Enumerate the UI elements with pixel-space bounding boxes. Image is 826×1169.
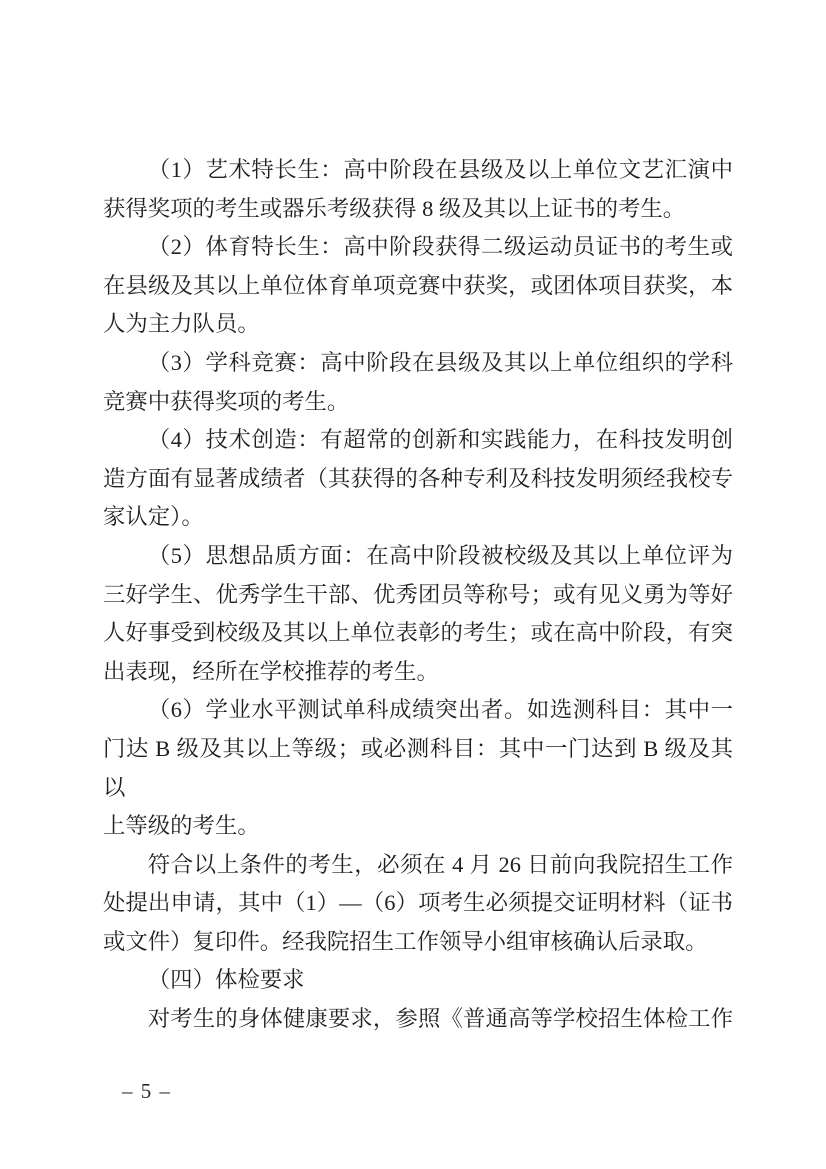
item-4-technical-invention: （4）技术创造：有超常的创新和实践能力，在科技发明创造方面有显著成绩者（其获得的…	[103, 421, 733, 537]
page-number: – 5 –	[122, 1077, 172, 1105]
physical-exam-intro: 对考生的身体健康要求，参照《普通高等学校招生体检工作	[103, 1000, 733, 1039]
item-6-academic-level-test: （6）学业水平测试单科成绩突出者。如选测科目：其中一门达 B 级及其以上等级；或…	[103, 691, 733, 845]
text-line: 出表现，经所在学校推荐的考生。	[103, 653, 733, 692]
document-body: （1）艺术特长生：高中阶段在县级及以上单位文艺汇演中获得奖项的考生或器乐考级获得…	[103, 151, 733, 1039]
item-5-moral-quality: （5）思想品质方面：在高中阶段被校级及其以上单位评为三好学生、优秀学生干部、优秀…	[103, 537, 733, 691]
section-4-physical-exam-heading: （四）体检要求	[103, 961, 733, 1000]
text-line: 获得奖项的考生或器乐考级获得 8 级及其以上证书的考生。	[103, 190, 733, 229]
text-line: （6）学业水平测试单科成绩突出者。如选测科目：其中一	[103, 691, 733, 730]
document-page-root: { "page": { "background": "#ffffff", "te…	[0, 0, 826, 1169]
text-line: 上等级的考生。	[103, 807, 733, 846]
text-line: 人好事受到校级及其以上单位表彰的考生；或在高中阶段，有突	[103, 614, 733, 653]
text-line: 人为主力队员。	[103, 305, 733, 344]
text-line: （5）思想品质方面：在高中阶段被校级及其以上单位评为	[103, 537, 733, 576]
text-line: 符合以上条件的考生，必须在 4 月 26 日前向我院招生工作	[103, 846, 733, 885]
item-3-subject-competition: （3）学科竞赛：高中阶段在县级及其以上单位组织的学科竞赛中获得奖项的考生。	[103, 344, 733, 421]
text-line: 对考生的身体健康要求，参照《普通高等学校招生体检工作	[103, 1000, 733, 1039]
text-line: 竞赛中获得奖项的考生。	[103, 383, 733, 422]
text-line: 家认定）。	[103, 498, 733, 537]
text-line: （2）体育特长生：高中阶段获得二级运动员证书的考生或	[103, 228, 733, 267]
text-line: 三好学生、优秀学生干部、优秀团员等称号；或有见义勇为等好	[103, 576, 733, 615]
text-line: （1）艺术特长生：高中阶段在县级及以上单位文艺汇演中	[103, 151, 733, 190]
text-line: 在县级及其以上单位体育单项竞赛中获奖，或团体项目获奖，本	[103, 267, 733, 306]
text-line: （4）技术创造：有超常的创新和实践能力，在科技发明创	[103, 421, 733, 460]
text-line: 或文件）复印件。经我院招生工作领导小组审核确认后录取。	[103, 923, 733, 962]
text-line: （3）学科竞赛：高中阶段在县级及其以上单位组织的学科	[103, 344, 733, 383]
page-background: （1）艺术特长生：高中阶段在县级及以上单位文艺汇演中获得奖项的考生或器乐考级获得…	[0, 0, 826, 1169]
item-2-sports-special-students: （2）体育特长生：高中阶段获得二级运动员证书的考生或在县级及其以上单位体育单项竞…	[103, 228, 733, 344]
application-procedure: 符合以上条件的考生，必须在 4 月 26 日前向我院招生工作处提出申请，其中（1…	[103, 846, 733, 962]
text-line: （四）体检要求	[103, 961, 733, 1000]
item-1-art-special-students: （1）艺术特长生：高中阶段在县级及以上单位文艺汇演中获得奖项的考生或器乐考级获得…	[103, 151, 733, 228]
text-line: 造方面有显著成绩者（其获得的各种专利及科技发明须经我校专	[103, 460, 733, 499]
text-line: 处提出申请，其中（1）—（6）项考生必须提交证明材料（证书	[103, 884, 733, 923]
text-line: 门达 B 级及其以上等级；或必测科目：其中一门达到 B 级及其以	[103, 730, 733, 807]
